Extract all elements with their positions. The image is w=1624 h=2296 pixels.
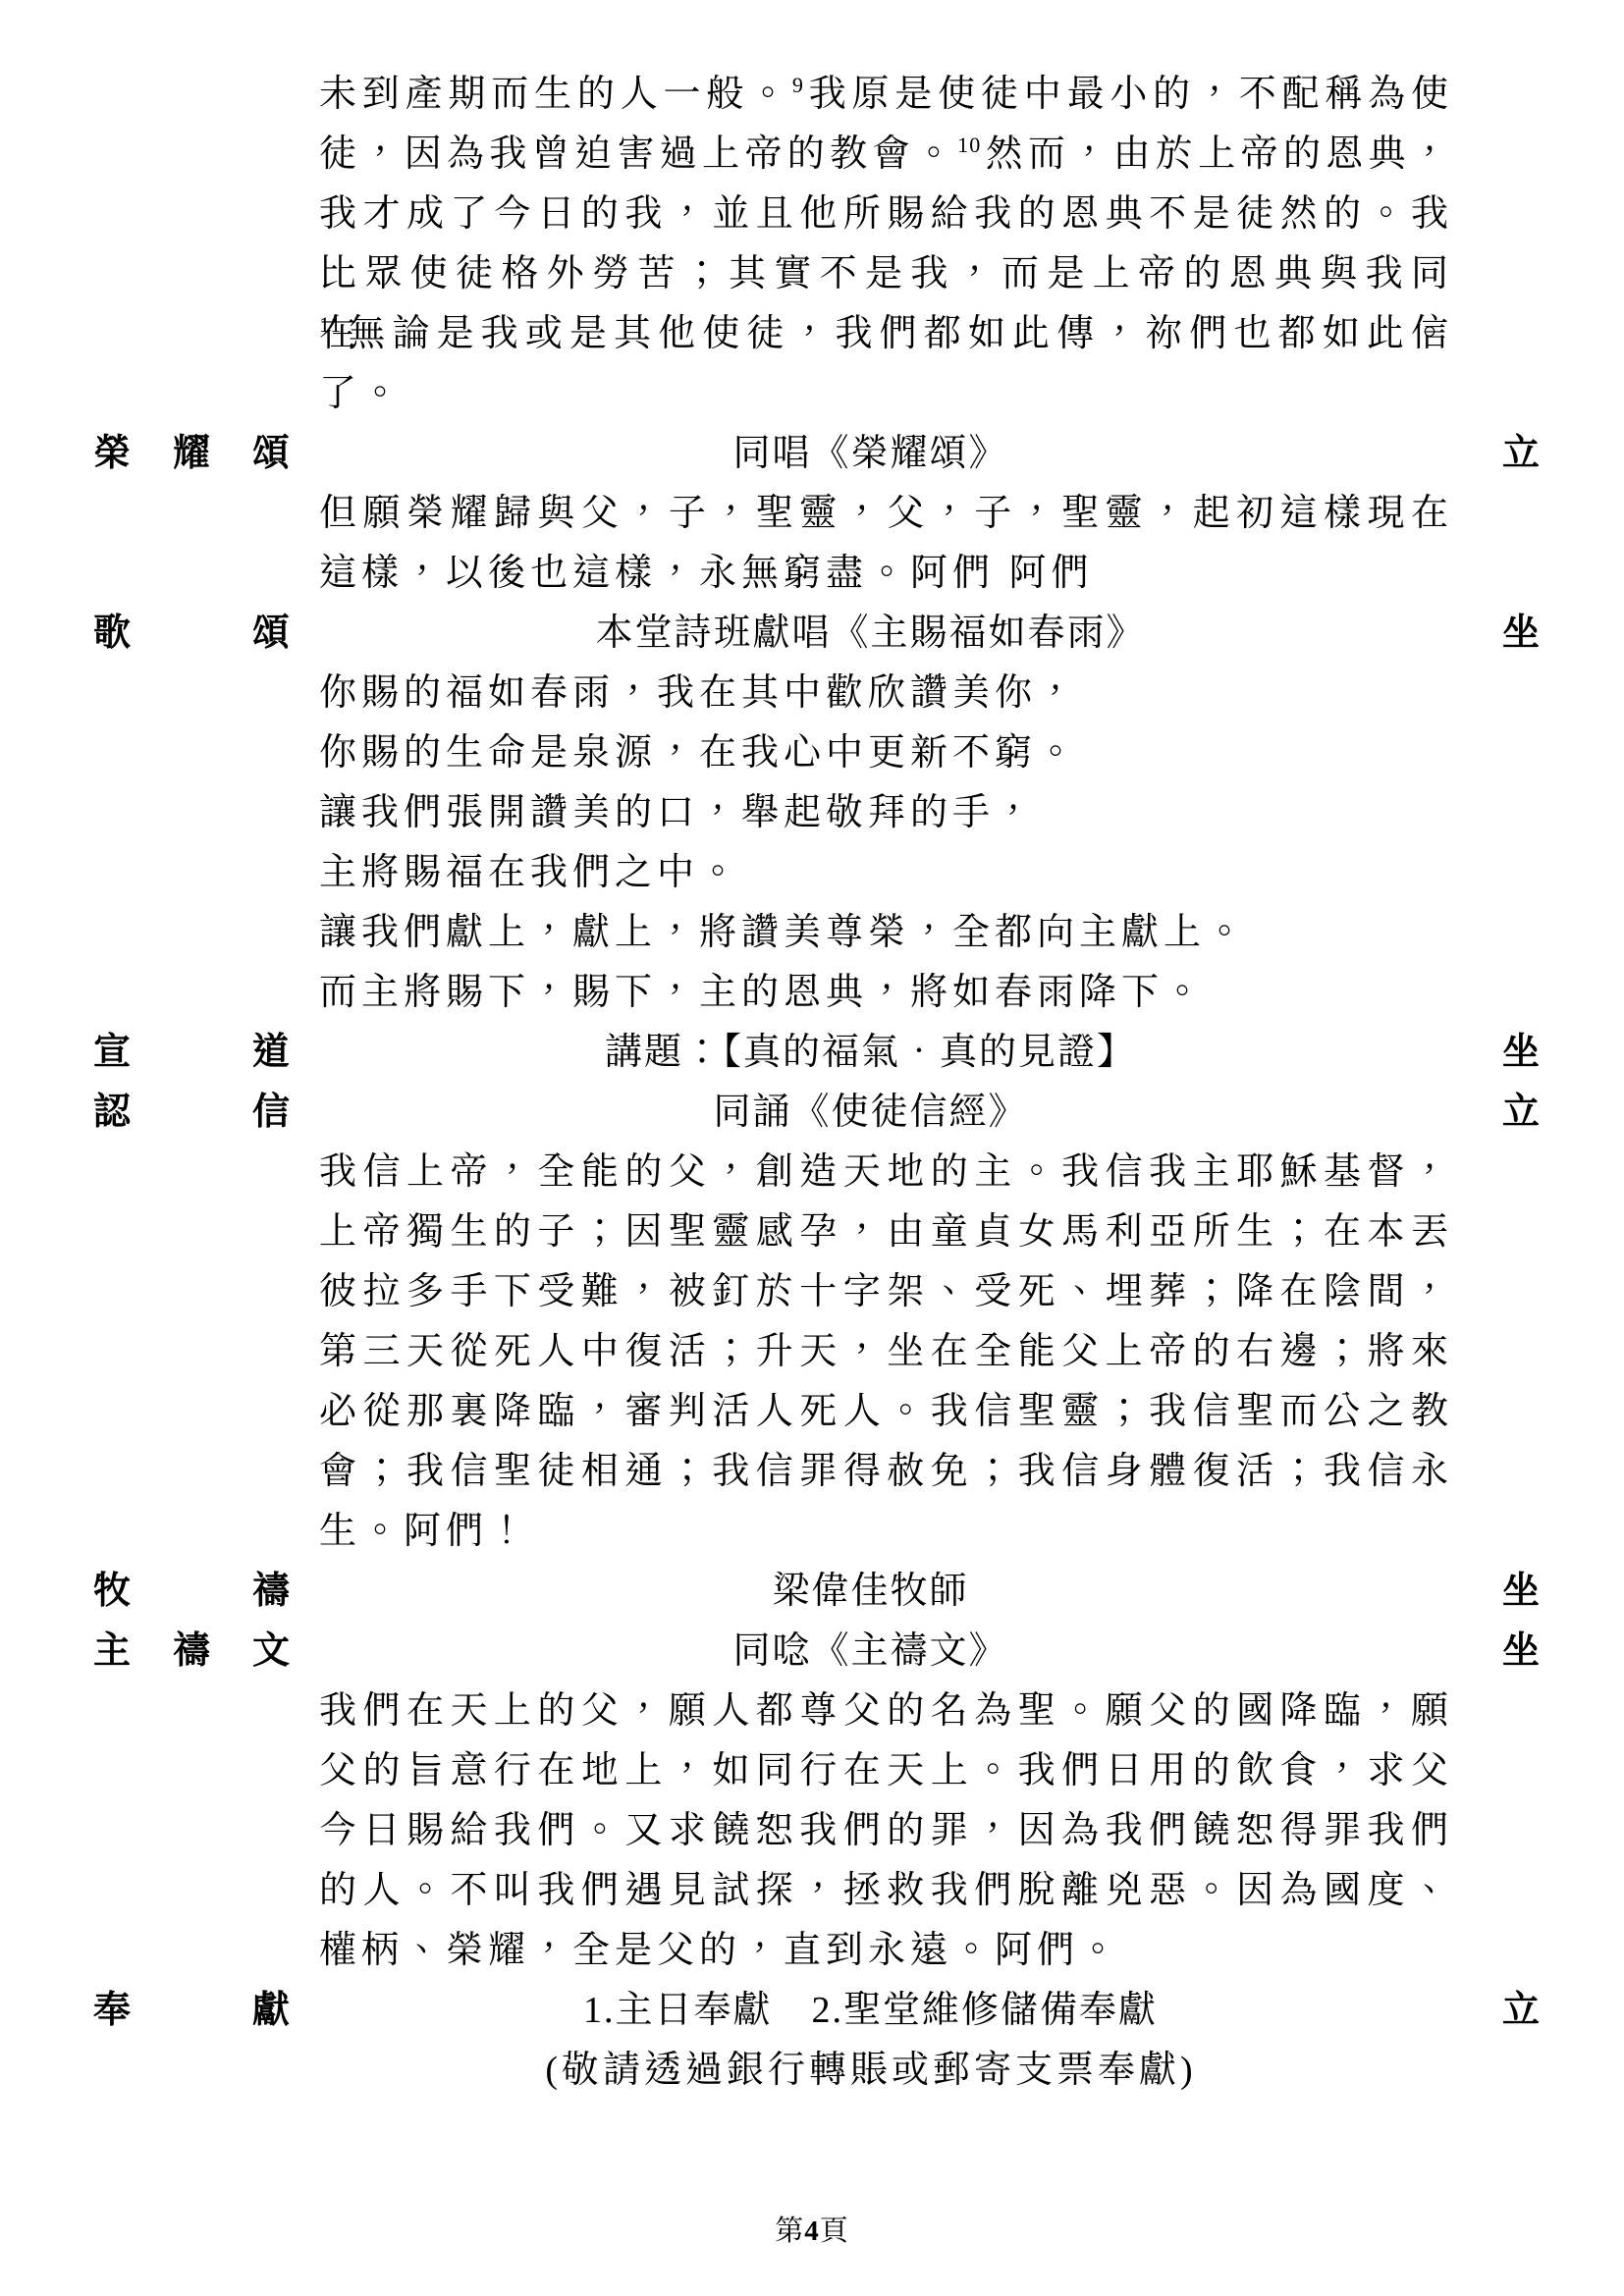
text-run: 我們在天上的父，願人都尊父的名為聖。願父的國降臨，願 <box>319 1690 1453 1732</box>
posture-indicator: 立 <box>1500 1083 1542 1143</box>
body-line: 你賜的生命是泉源，在我心中更新不窮。 <box>0 723 1624 783</box>
bulletin-page: 未到產期而生的人一般。9我原是使徒中最小的，不配稱為使徒，因為我曾迫害過上帝的教… <box>0 0 1624 2296</box>
service-title: 同誦《使徒信經》 <box>290 1083 1500 1143</box>
posture-indicator: 坐 <box>1500 604 1542 664</box>
text-run: 徒，因為我曾迫害過上帝的教會。 <box>319 133 957 175</box>
body-line: 主將賜福在我們之中。 <box>0 843 1624 903</box>
body-line: 必從那裏降臨，審判活人死人。我信聖靈；我信聖而公之教 <box>0 1382 1624 1442</box>
body-line: 我才成了今日的我，並且他所賜給我的恩典不是徒然的。我 <box>0 185 1624 244</box>
text-run: 主將賜福在我們之中。 <box>319 852 741 893</box>
text-run: 了。 <box>319 373 404 414</box>
body-line: 未到產期而生的人一般。9我原是使徒中最小的，不配稱為使 <box>0 65 1624 125</box>
service-title: 同唱《榮耀頌》 <box>290 424 1500 484</box>
superscript-verse-number: 10 <box>957 133 985 157</box>
posture-indicator: 立 <box>1500 1981 1542 2041</box>
body-line: 比眾使徒格外勞苦；其實不是我，而是上帝的恩典與我同在。 <box>0 244 1624 304</box>
body-line: 生。阿們！ <box>0 1502 1624 1562</box>
body-line: 讓我們獻上，獻上，將讚美尊榮，全都向主獻上。 <box>0 903 1624 963</box>
text-run: 第三天從死人中復活；升天，坐在全能父上帝的右邊；將來 <box>319 1331 1453 1372</box>
body-line: 的人。不叫我們遇見試探，拯救我們脫離兇惡。因為國度、 <box>0 1861 1624 1921</box>
center-line: (敬請透過銀行轉賬或郵寄支票奉獻) <box>0 2041 1624 2101</box>
posture-indicator: 坐 <box>1500 1562 1542 1622</box>
body-line: 但願榮耀歸與父，子，聖靈，父，子，聖靈，起初這樣現在 <box>0 484 1624 544</box>
text-run: 我信上帝，全能的父，創造天地的主。我信我主耶穌基督， <box>319 1151 1453 1193</box>
body-line: 權柄、榮耀，全是父的，直到永遠。阿們。 <box>0 1921 1624 1981</box>
section-row: 歌頌本堂詩班獻唱《主賜福如春雨》坐 <box>0 604 1624 664</box>
body-line: 會；我信聖徒相通；我信罪得赦免；我信身體復活；我信永 <box>0 1442 1624 1502</box>
text-run: 我才成了今日的我，並且他所賜給我的恩典不是徒然的。我 <box>319 193 1453 235</box>
section-label: 歌頌 <box>93 604 290 664</box>
text-run: 未到產期而生的人一般。 <box>319 74 792 115</box>
superscript-verse-number: 11 <box>319 312 346 337</box>
text-run: 彼拉多手下受難，被釘於十字架、受死、埋葬；降在陰間， <box>319 1271 1453 1312</box>
service-rows: 未到產期而生的人一般。9我原是使徒中最小的，不配稱為使徒，因為我曾迫害過上帝的教… <box>0 65 1624 2101</box>
section-row: 認信同誦《使徒信經》立 <box>0 1083 1624 1143</box>
page-footer: 第4頁 <box>0 2209 1624 2249</box>
text-run: 讓我們獻上，獻上，將讚美尊榮，全都向主獻上。 <box>319 912 1248 953</box>
body-line: 這樣，以後也這樣，永無窮盡。阿們 阿們 <box>0 544 1624 604</box>
body-line: 11無論是我或是其他使徒，我們都如此傳，祢們也都如此信 <box>0 304 1624 364</box>
body-line: 第三天從死人中復活；升天，坐在全能父上帝的右邊；將來 <box>0 1322 1624 1382</box>
section-label: 宣道 <box>93 1023 290 1083</box>
body-line: 我信上帝，全能的父，創造天地的主。我信我主耶穌基督， <box>0 1143 1624 1202</box>
body-line: 彼拉多手下受難，被釘於十字架、受死、埋葬；降在陰間， <box>0 1262 1624 1322</box>
text-run: 必從那裏降臨，審判活人死人。我信聖靈；我信聖而公之教 <box>319 1391 1453 1432</box>
superscript-verse-number: 9 <box>792 73 808 97</box>
service-title: 本堂詩班獻唱《主賜福如春雨》 <box>290 604 1500 664</box>
section-label: 認信 <box>93 1083 290 1143</box>
section-label: 主禱文 <box>93 1622 290 1682</box>
section-row: 宣道講題：【真的福氣‧真的見證】坐 <box>0 1023 1624 1083</box>
posture-indicator: 立 <box>1500 424 1542 484</box>
body-line: 父的旨意行在地上，如同行在天上。我們日用的飲食，求父 <box>0 1741 1624 1801</box>
body-line: 徒，因為我曾迫害過上帝的教會。10然而，由於上帝的恩典， <box>0 125 1624 185</box>
text-run: (敬請透過銀行轉賬或郵寄支票奉獻) <box>545 2050 1196 2091</box>
section-row: 榮耀頌同唱《榮耀頌》立 <box>0 424 1624 484</box>
posture-indicator: 坐 <box>1500 1622 1542 1682</box>
service-title: 同唸《主禱文》 <box>290 1622 1500 1682</box>
section-label: 奉獻 <box>93 1981 290 2041</box>
text-run: 你賜的生命是泉源，在我心中更新不窮。 <box>319 732 1079 774</box>
page-number-prefix: 第 <box>775 2216 804 2247</box>
text-run: 而主將賜下，賜下，主的恩典，將如春雨降下。 <box>319 972 1206 1013</box>
section-label: 牧禱 <box>93 1562 290 1622</box>
body-line: 了。 <box>0 364 1624 424</box>
service-title: 梁偉佳牧師 <box>290 1562 1500 1622</box>
text-run: 然而，由於上帝的恩典， <box>985 133 1453 175</box>
text-run: 讓我們張開讚美的口，舉起敬拜的手， <box>319 792 1037 833</box>
text-run: 今日賜給我們。又求饒恕我們的罪，因為我們饒恕得罪我們 <box>319 1810 1453 1851</box>
posture-indicator: 坐 <box>1500 1023 1542 1083</box>
text-run: 我原是使徒中最小的，不配稱為使 <box>808 74 1453 115</box>
text-run: 這樣，以後也這樣，永無窮盡。阿們 阿們 <box>319 553 1094 594</box>
body-line: 上帝獨生的子；因聖靈感孕，由童貞女馬利亞所生；在本丟 <box>0 1202 1624 1262</box>
text-run: 權柄、榮耀，全是父的，直到永遠。阿們。 <box>319 1930 1121 1971</box>
page-number: 第4頁 <box>775 2216 849 2247</box>
section-label: 榮耀頌 <box>93 424 290 484</box>
body-line: 而主將賜下，賜下，主的恩典，將如春雨降下。 <box>0 963 1624 1023</box>
page-number-value: 4 <box>804 2216 820 2247</box>
section-row: 奉獻1.主日奉獻 2.聖堂維修儲備奉獻立 <box>0 1981 1624 2041</box>
body-line: 今日賜給我們。又求饒恕我們的罪，因為我們饒恕得罪我們 <box>0 1801 1624 1861</box>
body-line: 我們在天上的父，願人都尊父的名為聖。願父的國降臨，願 <box>0 1682 1624 1741</box>
body-line: 讓我們張開讚美的口，舉起敬拜的手， <box>0 783 1624 843</box>
text-run: 父的旨意行在地上，如同行在天上。我們日用的飲食，求父 <box>319 1750 1453 1791</box>
body-line: 你賜的福如春雨，我在其中歡欣讚美你， <box>0 664 1624 723</box>
service-title: 1.主日奉獻 2.聖堂維修儲備奉獻 <box>290 1981 1500 2041</box>
text-run: 的人。不叫我們遇見試探，拯救我們脫離兇惡。因為國度、 <box>319 1870 1453 1911</box>
text-run: 無論是我或是其他使徒，我們都如此傳，祢們也都如此信 <box>346 313 1453 354</box>
text-run: 生。阿們！ <box>319 1511 530 1552</box>
service-title: 講題：【真的福氣‧真的見證】 <box>290 1023 1500 1083</box>
text-run: 上帝獨生的子；因聖靈感孕，由童貞女馬利亞所生；在本丟 <box>319 1211 1453 1253</box>
page-number-suffix: 頁 <box>820 2216 849 2247</box>
section-row: 主禱文同唸《主禱文》坐 <box>0 1622 1624 1682</box>
text-run: 但願榮耀歸與父，子，聖靈，父，子，聖靈，起初這樣現在 <box>319 493 1453 534</box>
text-run: 會；我信聖徒相通；我信罪得赦免；我信身體復活；我信永 <box>319 1451 1453 1492</box>
section-row: 牧禱梁偉佳牧師坐 <box>0 1562 1624 1622</box>
text-run: 你賜的福如春雨，我在其中歡欣讚美你， <box>319 672 1079 714</box>
